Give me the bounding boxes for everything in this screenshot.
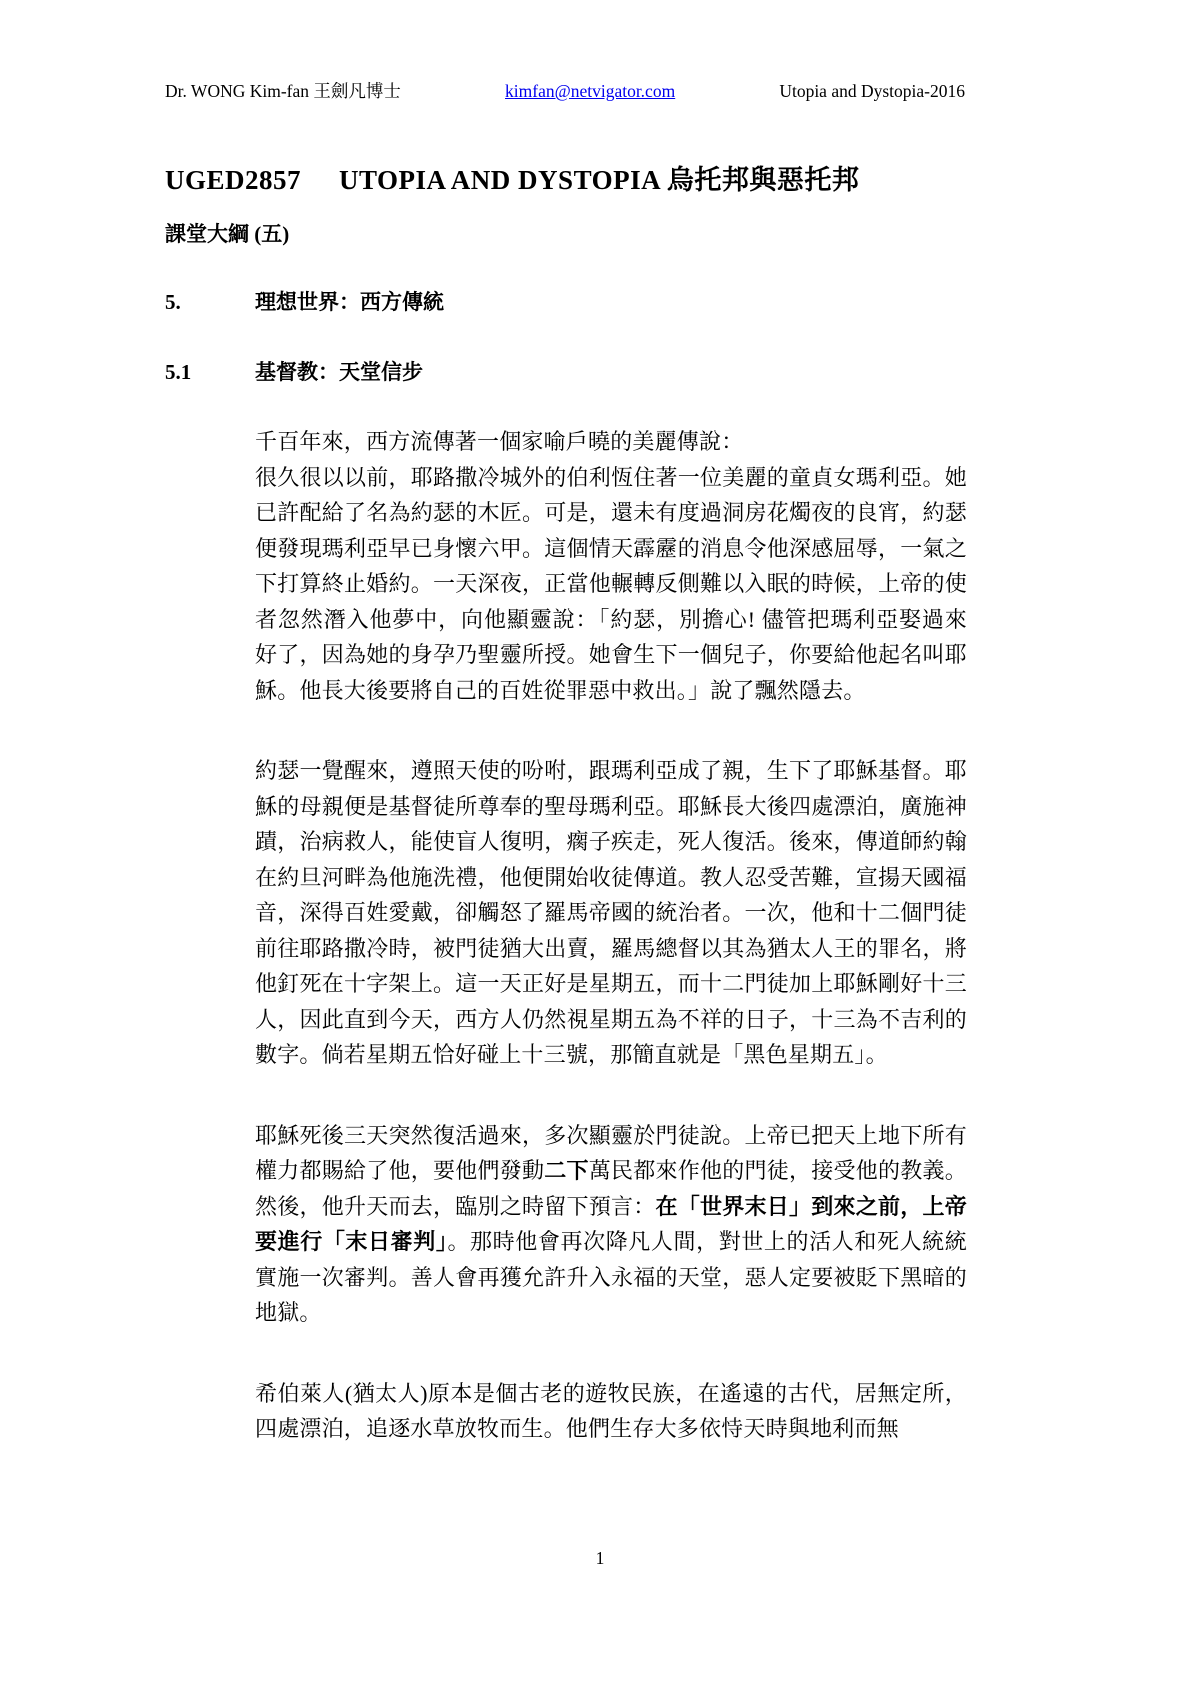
header-author: Dr. WONG Kim-fan 王劍凡博士 xyxy=(165,80,401,103)
header-course-ref: Utopia and Dystopia-2016 xyxy=(779,80,965,103)
paragraph-intro-line: 千百年來，西方流傳著一個家喻戶曉的美麗傳說： xyxy=(255,424,967,460)
section-heading-5-1: 5.1 基督教：天堂信步 xyxy=(165,358,965,386)
document-subtitle: 課堂大綱 (五) xyxy=(165,220,965,248)
document-title: UGED2857UTOPIA AND DYSTOPIA 烏托邦與惡托邦 xyxy=(165,163,965,198)
course-code: UGED2857 xyxy=(165,165,301,195)
paragraph-jesus-life: 約瑟一覺醒來，遵照天使的吩咐，跟瑪利亞成了親，生下了耶穌基督。耶穌的母親便是基督… xyxy=(255,753,967,1073)
section-heading-5: 5. 理想世界：西方傳統 xyxy=(165,288,965,316)
section-number: 5. xyxy=(165,288,255,316)
document-page: Dr. WONG Kim-fan 王劍凡博士 kimfan@netvigator… xyxy=(0,0,1200,1696)
paragraph-nativity-legend: 很久很以以前，耶路撒冷城外的伯利恆住著一位美麗的童貞女瑪利亞。她已許配給了名為約… xyxy=(255,460,967,709)
paragraph-hebrews: 希伯萊人(猶太人)原本是個古老的遊牧民族，在遙遠的古代，居無定所，四處漂泊，追逐… xyxy=(255,1376,967,1447)
page-header: Dr. WONG Kim-fan 王劍凡博士 kimfan@netvigator… xyxy=(165,80,965,103)
section-title: 基督教：天堂信步 xyxy=(255,358,423,386)
course-title-en: UTOPIA AND DYSTOPIA xyxy=(339,165,660,195)
body-text: 千百年來，西方流傳著一個家喻戶曉的美麗傳說： 很久很以以前，耶路撒冷城外的伯利恆… xyxy=(255,424,967,1447)
section-number: 5.1 xyxy=(165,358,255,386)
paragraph-resurrection-judgment: 耶穌死後三天突然復活過來，多次顯靈於門徒說。上帝已把天上地下所有權力都賜給了他，… xyxy=(255,1118,967,1331)
page-number: 1 xyxy=(0,1548,1200,1569)
header-email-link[interactable]: kimfan@netvigator.com xyxy=(505,80,675,103)
section-title: 理想世界：西方傳統 xyxy=(255,288,444,316)
course-title-zh: 烏托邦與惡托邦 xyxy=(667,165,860,195)
